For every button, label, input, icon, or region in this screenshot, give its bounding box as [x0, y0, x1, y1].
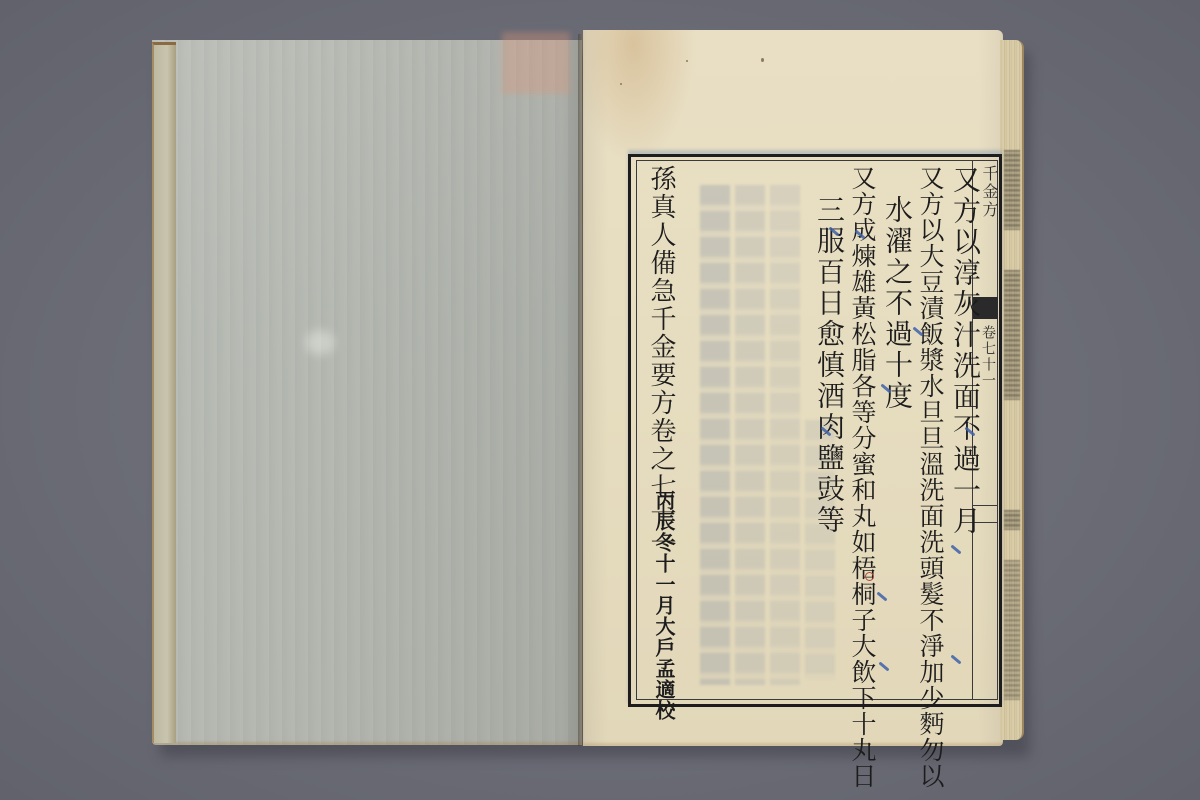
seal-show-through [502, 32, 570, 94]
red-punctuation-mark [865, 572, 874, 581]
show-through-text [700, 185, 730, 685]
paper-speck [620, 83, 622, 85]
fore-edge-ink-mark [1004, 270, 1020, 400]
fore-edge-ink-mark [1004, 510, 1020, 530]
fore-edge-ink-mark [1004, 560, 1020, 700]
colophon: 丙辰冬十一月大戶孟適校 [649, 490, 679, 721]
left-page [152, 40, 582, 745]
show-through-text [770, 185, 800, 685]
left-page-edge [152, 42, 176, 743]
paper-highlight [305, 330, 335, 355]
paper-speck [761, 58, 764, 62]
text-column-4: 又方成煉雄黃松脂各等分蜜和丸如梧桐子大飲下十丸日 [848, 165, 876, 789]
text-column-1: 又方以淳灰汁洗面不過一月 [950, 165, 980, 537]
show-through-text [735, 185, 765, 685]
open-book: 千金方 卷七十一 又方以淳灰汁洗面不過一月 又方以大豆漬飯漿水旦旦溫洗面洗頭髮不… [0, 0, 1200, 800]
text-column-2: 又方以大豆漬飯漿水旦旦溫洗面洗頭髮不淨加少麪勿以 [916, 165, 944, 789]
text-column-5: 三服百日愈慎酒肉鹽豉等 [814, 195, 844, 536]
text-column-3: 水濯之不過十度 [882, 195, 912, 412]
fore-edge-ink-mark [1004, 150, 1020, 230]
paper-speck [686, 60, 688, 62]
